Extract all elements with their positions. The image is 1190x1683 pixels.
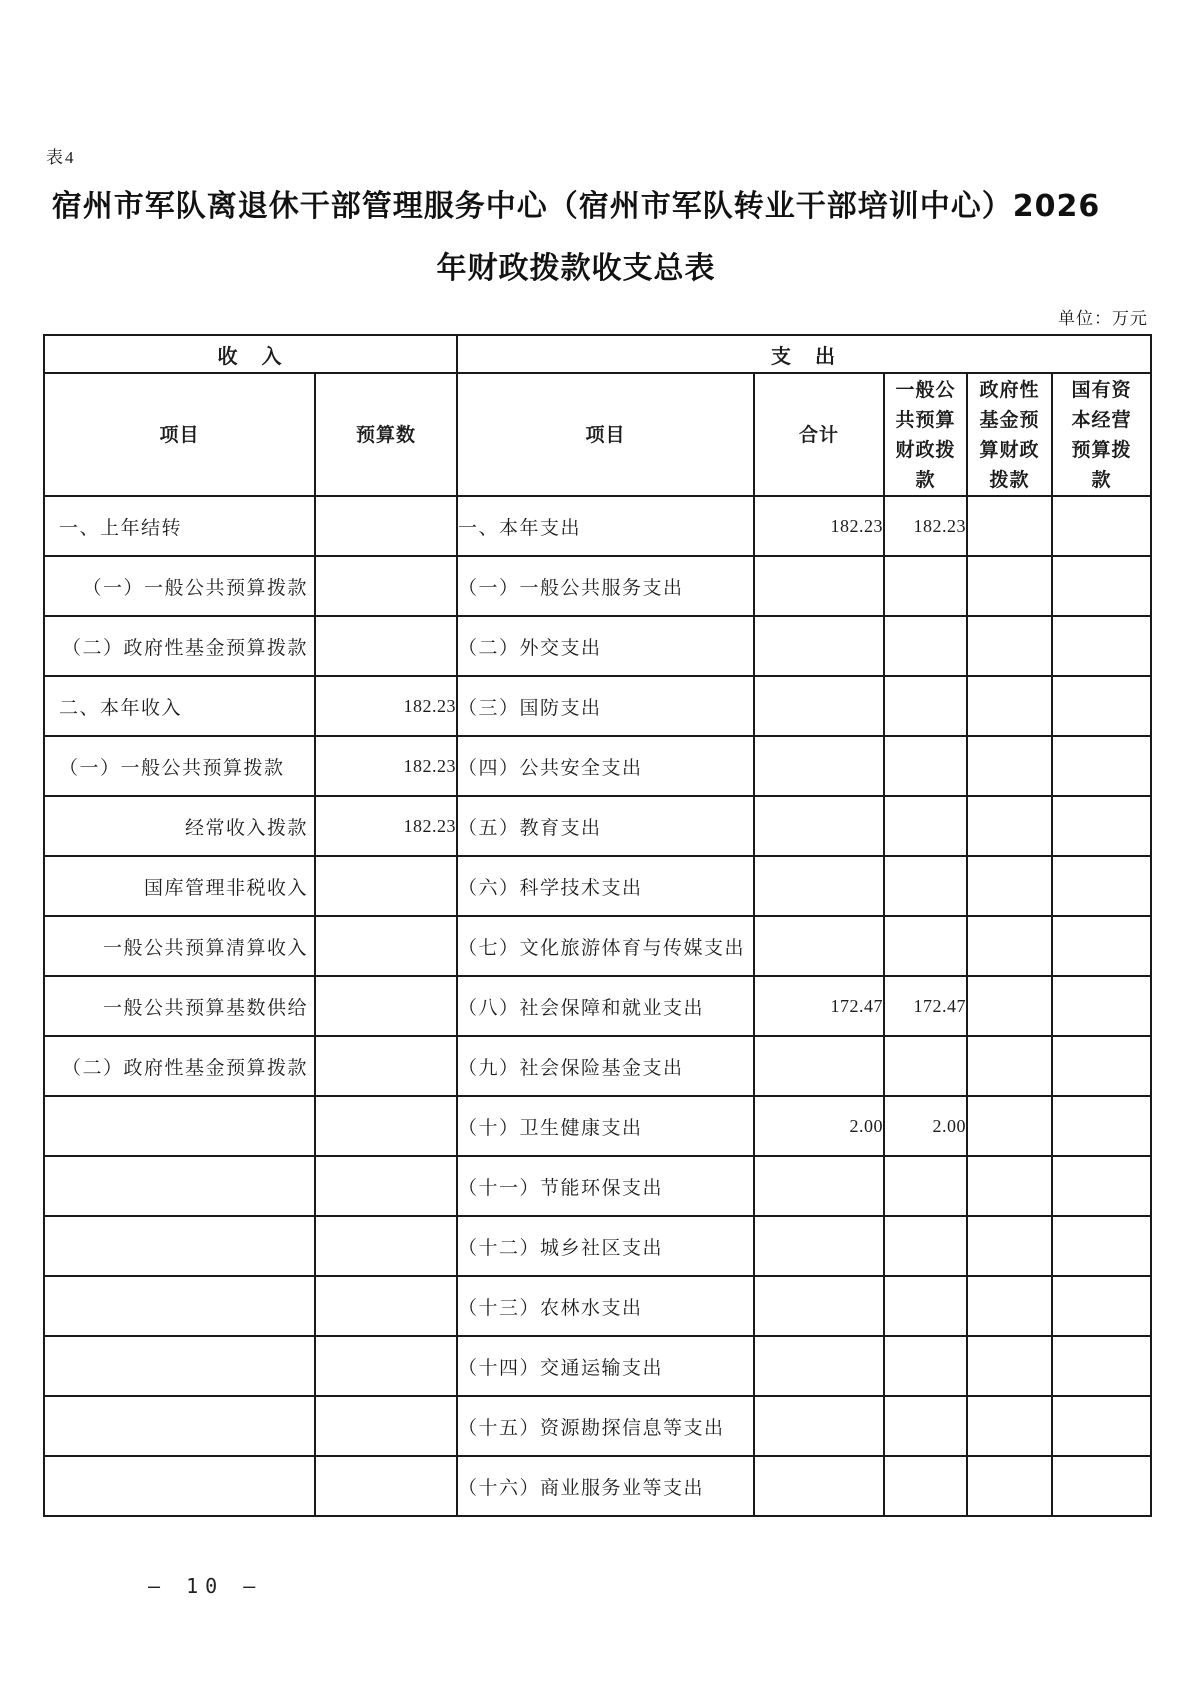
expense-gov-fund-budget-cell bbox=[967, 496, 1052, 556]
col-header-total: 合计 bbox=[754, 373, 884, 496]
expense-item-cell: （五）教育支出 bbox=[457, 796, 754, 856]
table-row: （十五）资源勘探信息等支出 bbox=[44, 1396, 1151, 1456]
expense-item-cell: （八）社会保障和就业支出 bbox=[457, 976, 754, 1036]
expense-total-cell bbox=[754, 1036, 884, 1096]
expense-state-capital-budget-cell bbox=[1052, 916, 1151, 976]
col-header-gov-fund-budget: 政府性 基金预 算财政 拨款 bbox=[967, 373, 1052, 496]
income-item-cell: （二）政府性基金预算拨款 bbox=[44, 1036, 315, 1096]
income-item-cell: 经常收入拨款 bbox=[44, 796, 315, 856]
expense-item-cell: （十一）节能环保支出 bbox=[457, 1156, 754, 1216]
income-item-cell: 国库管理非税收入 bbox=[44, 856, 315, 916]
expense-general-public-budget-cell bbox=[884, 616, 967, 676]
table-row: 一、上年结转一、本年支出182.23182.23 bbox=[44, 496, 1151, 556]
expense-general-public-budget-cell bbox=[884, 736, 967, 796]
income-item-cell bbox=[44, 1396, 315, 1456]
expense-general-public-budget-cell bbox=[884, 1036, 967, 1096]
income-budget-cell: 182.23 bbox=[315, 676, 457, 736]
expense-general-public-budget-cell bbox=[884, 1396, 967, 1456]
expense-state-capital-budget-cell bbox=[1052, 856, 1151, 916]
income-budget-cell bbox=[315, 1336, 457, 1396]
table-row: （十）卫生健康支出2.002.00 bbox=[44, 1096, 1151, 1156]
income-budget-cell bbox=[315, 1456, 457, 1516]
expense-gov-fund-budget-cell bbox=[967, 1456, 1052, 1516]
expense-total-cell bbox=[754, 1456, 884, 1516]
page-number: – 10 – bbox=[148, 1574, 262, 1598]
col-header-income-item: 项目 bbox=[44, 373, 315, 496]
income-budget-cell bbox=[315, 1396, 457, 1456]
expense-total-cell bbox=[754, 736, 884, 796]
income-item-cell: 一般公共预算基数供给 bbox=[44, 976, 315, 1036]
page-title-line-2: 年财政拨款收支总表 bbox=[45, 238, 1107, 300]
income-budget-cell bbox=[315, 556, 457, 616]
expense-total-cell: 172.47 bbox=[754, 976, 884, 1036]
expense-total-cell bbox=[754, 1216, 884, 1276]
table-row: 一般公共预算基数供给（八）社会保障和就业支出172.47172.47 bbox=[44, 976, 1151, 1036]
expense-total-cell bbox=[754, 1156, 884, 1216]
expense-gov-fund-budget-cell bbox=[967, 616, 1052, 676]
section-header-row: 收 入 支 出 bbox=[44, 335, 1151, 373]
document-page: 表4 宿州市军队离退休干部管理服务中心（宿州市军队转业干部培训中心）2026 年… bbox=[0, 0, 1190, 1683]
expense-item-cell: （十）卫生健康支出 bbox=[457, 1096, 754, 1156]
income-budget-cell bbox=[315, 1036, 457, 1096]
expense-gov-fund-budget-cell bbox=[967, 796, 1052, 856]
income-item-cell: 一般公共预算清算收入 bbox=[44, 916, 315, 976]
expense-state-capital-budget-cell bbox=[1052, 736, 1151, 796]
expense-item-cell: （一）一般公共服务支出 bbox=[457, 556, 754, 616]
expense-general-public-budget-cell bbox=[884, 1336, 967, 1396]
table-row: （十六）商业服务业等支出 bbox=[44, 1456, 1151, 1516]
expense-total-cell: 182.23 bbox=[754, 496, 884, 556]
income-item-cell bbox=[44, 1336, 315, 1396]
expense-item-cell: （九）社会保险基金支出 bbox=[457, 1036, 754, 1096]
income-budget-cell bbox=[315, 856, 457, 916]
income-item-cell: （二）政府性基金预算拨款 bbox=[44, 616, 315, 676]
expense-general-public-budget-cell bbox=[884, 676, 967, 736]
income-item-cell: 二、本年收入 bbox=[44, 676, 315, 736]
expense-state-capital-budget-cell bbox=[1052, 1336, 1151, 1396]
expense-item-cell: （十五）资源勘探信息等支出 bbox=[457, 1396, 754, 1456]
expense-general-public-budget-cell bbox=[884, 856, 967, 916]
table-row: （一）一般公共预算拨款（一）一般公共服务支出 bbox=[44, 556, 1151, 616]
income-budget-cell bbox=[315, 1276, 457, 1336]
expense-gov-fund-budget-cell bbox=[967, 1216, 1052, 1276]
expense-total-cell bbox=[754, 1276, 884, 1336]
expense-total-cell: 2.00 bbox=[754, 1096, 884, 1156]
income-budget-cell bbox=[315, 616, 457, 676]
expense-general-public-budget-cell bbox=[884, 1456, 967, 1516]
income-budget-cell bbox=[315, 496, 457, 556]
expense-state-capital-budget-cell bbox=[1052, 496, 1151, 556]
expense-total-cell bbox=[754, 856, 884, 916]
expense-gov-fund-budget-cell bbox=[967, 1336, 1052, 1396]
unit-note: 单位：万元 bbox=[1058, 304, 1148, 329]
expense-state-capital-budget-cell bbox=[1052, 1156, 1151, 1216]
income-budget-cell bbox=[315, 1096, 457, 1156]
expense-item-cell: （二）外交支出 bbox=[457, 616, 754, 676]
expense-item-cell: （七）文化旅游体育与传媒支出 bbox=[457, 916, 754, 976]
expense-general-public-budget-cell bbox=[884, 796, 967, 856]
expense-item-cell: （六）科学技术支出 bbox=[457, 856, 754, 916]
table-row: （二）政府性基金预算拨款（九）社会保险基金支出 bbox=[44, 1036, 1151, 1096]
expense-item-cell: （四）公共安全支出 bbox=[457, 736, 754, 796]
expense-state-capital-budget-cell bbox=[1052, 1456, 1151, 1516]
income-item-cell bbox=[44, 1276, 315, 1336]
expense-item-cell: （十三）农林水支出 bbox=[457, 1276, 754, 1336]
expense-item-cell: （十二）城乡社区支出 bbox=[457, 1216, 754, 1276]
income-item-cell: 一、上年结转 bbox=[44, 496, 315, 556]
expense-gov-fund-budget-cell bbox=[967, 1156, 1052, 1216]
expense-total-cell bbox=[754, 1336, 884, 1396]
expense-general-public-budget-cell bbox=[884, 556, 967, 616]
expense-state-capital-budget-cell bbox=[1052, 1276, 1151, 1336]
expense-gov-fund-budget-cell bbox=[967, 856, 1052, 916]
expense-state-capital-budget-cell bbox=[1052, 556, 1151, 616]
expense-total-cell bbox=[754, 916, 884, 976]
expense-general-public-budget-cell bbox=[884, 1216, 967, 1276]
expense-gov-fund-budget-cell bbox=[967, 1036, 1052, 1096]
budget-table: 收 入 支 出 项目 预算数 项目 合计 一般公 共预算 财政拨 款 政府性 基… bbox=[43, 334, 1152, 1517]
expense-item-cell: （十四）交通运输支出 bbox=[457, 1336, 754, 1396]
table-row: （十一）节能环保支出 bbox=[44, 1156, 1151, 1216]
income-item-cell bbox=[44, 1456, 315, 1516]
income-budget-cell bbox=[315, 1156, 457, 1216]
expense-gov-fund-budget-cell bbox=[967, 976, 1052, 1036]
income-budget-cell bbox=[315, 916, 457, 976]
income-item-cell bbox=[44, 1156, 315, 1216]
table-row: 经常收入拨款182.23（五）教育支出 bbox=[44, 796, 1151, 856]
page-title-line-1: 宿州市军队离退休干部管理服务中心（宿州市军队转业干部培训中心）2026 bbox=[45, 176, 1107, 238]
table-label: 表4 bbox=[46, 143, 76, 168]
income-item-cell: （一）一般公共预算拨款 bbox=[44, 736, 315, 796]
col-header-income-budget: 预算数 bbox=[315, 373, 457, 496]
expense-gov-fund-budget-cell bbox=[967, 556, 1052, 616]
expense-state-capital-budget-cell bbox=[1052, 1396, 1151, 1456]
income-item-cell: （一）一般公共预算拨款 bbox=[44, 556, 315, 616]
income-section-header: 收 入 bbox=[44, 335, 457, 373]
table-row: 国库管理非税收入（六）科学技术支出 bbox=[44, 856, 1151, 916]
income-item-cell bbox=[44, 1096, 315, 1156]
expense-gov-fund-budget-cell bbox=[967, 916, 1052, 976]
expense-total-cell bbox=[754, 616, 884, 676]
expense-state-capital-budget-cell bbox=[1052, 676, 1151, 736]
column-header-row: 项目 预算数 项目 合计 一般公 共预算 财政拨 款 政府性 基金预 算财政 拨… bbox=[44, 373, 1151, 496]
expense-gov-fund-budget-cell bbox=[967, 1276, 1052, 1336]
expense-state-capital-budget-cell bbox=[1052, 1096, 1151, 1156]
expense-total-cell bbox=[754, 1396, 884, 1456]
table-row: （二）政府性基金预算拨款（二）外交支出 bbox=[44, 616, 1151, 676]
col-header-expense-item: 项目 bbox=[457, 373, 754, 496]
col-header-state-capital-budget: 国有资 本经营 预算拨 款 bbox=[1052, 373, 1151, 496]
expense-total-cell bbox=[754, 676, 884, 736]
expense-general-public-budget-cell: 182.23 bbox=[884, 496, 967, 556]
income-budget-cell bbox=[315, 976, 457, 1036]
expense-total-cell bbox=[754, 796, 884, 856]
table-row: （一）一般公共预算拨款182.23（四）公共安全支出 bbox=[44, 736, 1151, 796]
expense-total-cell bbox=[754, 556, 884, 616]
expense-gov-fund-budget-cell bbox=[967, 676, 1052, 736]
table-row: 二、本年收入182.23（三）国防支出 bbox=[44, 676, 1151, 736]
expense-general-public-budget-cell: 172.47 bbox=[884, 976, 967, 1036]
expense-gov-fund-budget-cell bbox=[967, 1396, 1052, 1456]
expense-gov-fund-budget-cell bbox=[967, 1096, 1052, 1156]
expense-item-cell: （三）国防支出 bbox=[457, 676, 754, 736]
expense-item-cell: （十六）商业服务业等支出 bbox=[457, 1456, 754, 1516]
expense-general-public-budget-cell bbox=[884, 916, 967, 976]
table-row: 一般公共预算清算收入（七）文化旅游体育与传媒支出 bbox=[44, 916, 1151, 976]
expense-gov-fund-budget-cell bbox=[967, 736, 1052, 796]
expense-state-capital-budget-cell bbox=[1052, 976, 1151, 1036]
expense-state-capital-budget-cell bbox=[1052, 616, 1151, 676]
table-row: （十三）农林水支出 bbox=[44, 1276, 1151, 1336]
income-budget-cell: 182.23 bbox=[315, 736, 457, 796]
income-budget-cell bbox=[315, 1216, 457, 1276]
expense-section-header: 支 出 bbox=[457, 335, 1151, 373]
income-budget-cell: 182.23 bbox=[315, 796, 457, 856]
table-row: （十四）交通运输支出 bbox=[44, 1336, 1151, 1396]
expense-item-cell: 一、本年支出 bbox=[457, 496, 754, 556]
col-header-general-public-budget: 一般公 共预算 财政拨 款 bbox=[884, 373, 967, 496]
expense-general-public-budget-cell: 2.00 bbox=[884, 1096, 967, 1156]
expense-state-capital-budget-cell bbox=[1052, 796, 1151, 856]
expense-state-capital-budget-cell bbox=[1052, 1216, 1151, 1276]
table-row: （十二）城乡社区支出 bbox=[44, 1216, 1151, 1276]
income-item-cell bbox=[44, 1216, 315, 1276]
expense-general-public-budget-cell bbox=[884, 1156, 967, 1216]
expense-general-public-budget-cell bbox=[884, 1276, 967, 1336]
expense-state-capital-budget-cell bbox=[1052, 1036, 1151, 1096]
page-title: 宿州市军队离退休干部管理服务中心（宿州市军队转业干部培训中心）2026 年财政拨… bbox=[45, 176, 1107, 300]
